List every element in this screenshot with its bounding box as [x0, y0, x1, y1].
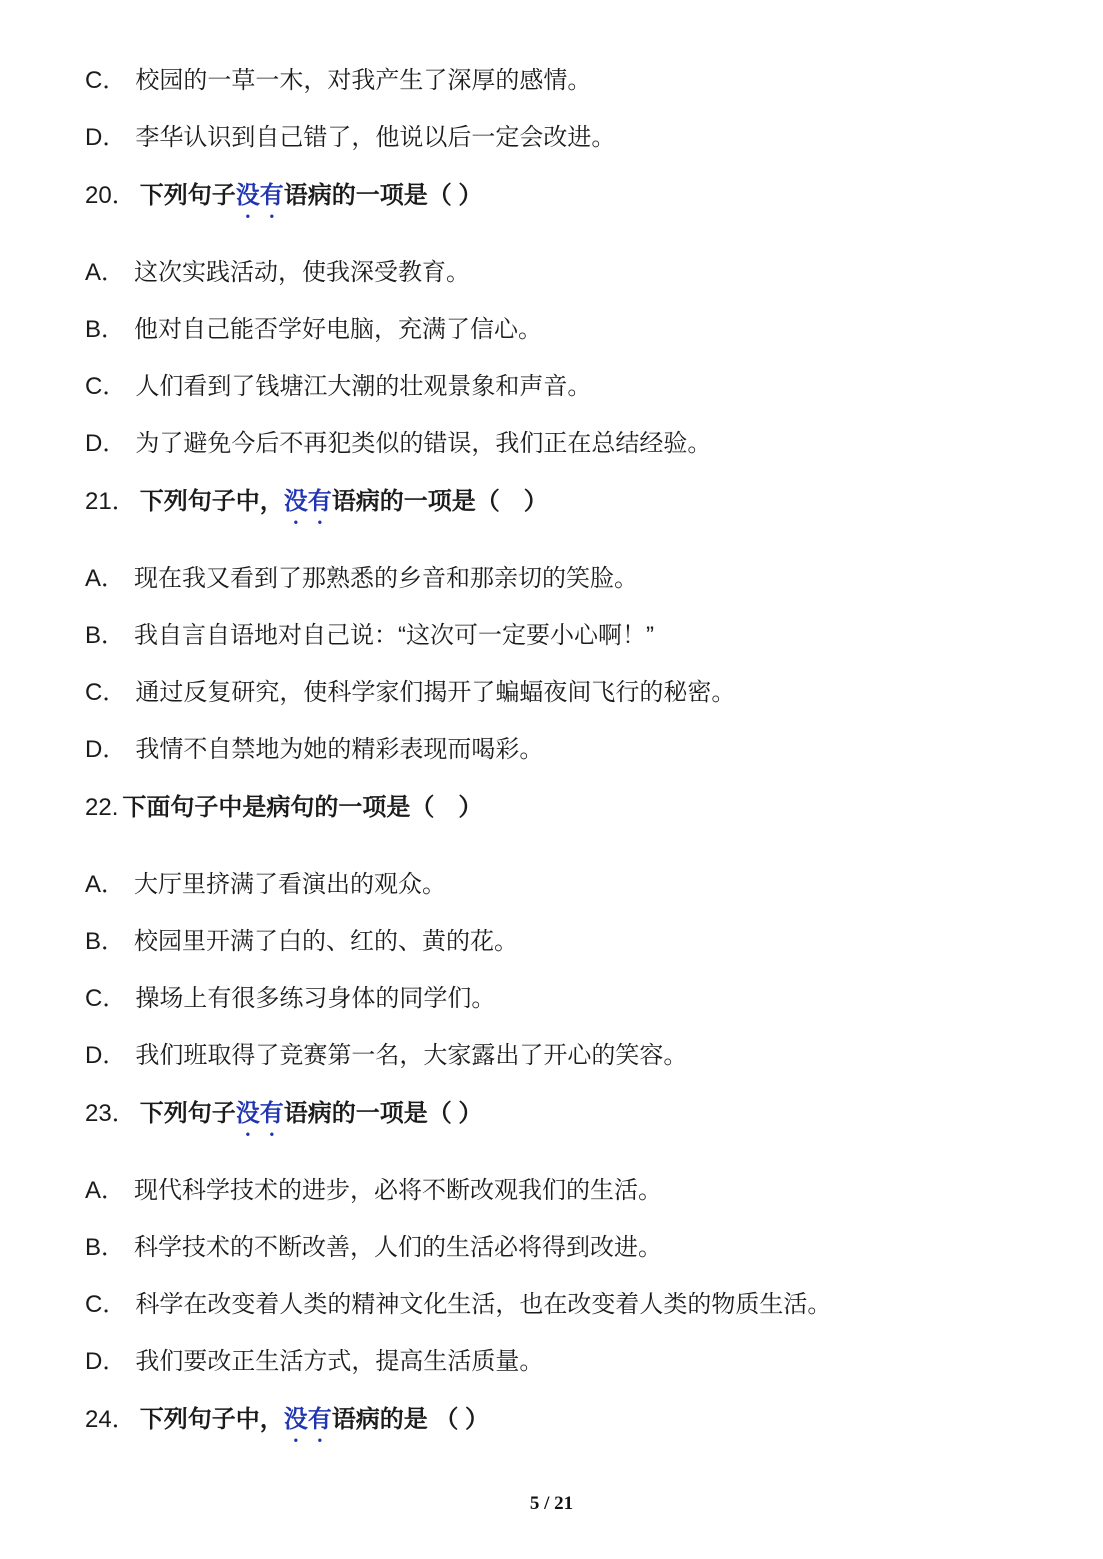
- heading-text: 语病的一项是（ ）: [284, 1100, 483, 1127]
- question-number: 24．: [85, 1406, 136, 1433]
- option-letter: A．: [85, 1177, 125, 1204]
- question-23-heading: 23．下列句子没有语病的一项是（ ）: [85, 1098, 1048, 1141]
- option-text: 他对自己能否学好电脑，充满了信心。: [134, 316, 542, 343]
- question-21-option-d: D．我情不自禁地为她的精彩表现而喝彩。: [85, 735, 1048, 765]
- option-letter: D．: [85, 736, 126, 763]
- question-number: 21．: [85, 488, 136, 515]
- heading-text: 下列句子中，: [140, 488, 284, 515]
- question-23-option-d: D．我们要改正生活方式，提高生活质量。: [85, 1347, 1048, 1377]
- question-20-heading: 20．下列句子没有语病的一项是（ ）: [85, 180, 1048, 223]
- option-text: 我自言自语地对自己说：“这次可一定要小心啊！”: [134, 622, 654, 649]
- option-text: 通过反复研究，使科学家们揭开了蝙蝠夜间飞行的秘密。: [135, 679, 735, 706]
- option-text: 校园里开满了白的、红的、黄的花。: [134, 928, 518, 955]
- question-24-heading: 24．下列句子中，没有语病的是 （ ）: [85, 1404, 1048, 1447]
- option-text: 现在我又看到了那熟悉的乡音和那亲切的笑脸。: [134, 565, 638, 592]
- option-text: 为了避免今后不再犯类似的错误，我们正在总结经验。: [135, 430, 711, 457]
- option-text: 这次实践活动，使我深受教育。: [134, 259, 470, 286]
- option-text: 现代科学技术的进步，必将不断改观我们的生活。: [134, 1177, 662, 1204]
- question-23-option-a: A．现代科学技术的进步，必将不断改观我们的生活。: [85, 1176, 1048, 1206]
- question-22-option-a: A．大厅里挤满了看演出的观众。: [85, 870, 1048, 900]
- heading-text: 语病的一项是（ ）: [284, 182, 483, 209]
- option-letter: D．: [85, 430, 126, 457]
- option-letter: C．: [85, 67, 126, 94]
- heading-emphasis-text: 没有: [236, 182, 284, 209]
- question-20-option-b: B．他对自己能否学好电脑，充满了信心。: [85, 315, 1048, 345]
- heading-emphasis-text: 没有: [284, 1406, 332, 1433]
- heading-text: 下列句子: [140, 1100, 236, 1127]
- option-text: 我情不自禁地为她的精彩表现而喝彩。: [135, 736, 543, 763]
- document-page: C．校园的一草一木，对我产生了深厚的感情。 D．李华认识到自己错了，他说以后一定…: [0, 0, 1103, 1559]
- option-letter: A．: [85, 259, 125, 286]
- option-text: 操场上有很多练习身体的同学们。: [135, 985, 495, 1012]
- option-text: 我们要改正生活方式，提高生活质量。: [135, 1348, 543, 1375]
- option-letter: C．: [85, 373, 126, 400]
- question-number: 23．: [85, 1100, 136, 1127]
- question-22-heading: 22.下面句子中是病句的一项是（ ）: [85, 792, 1048, 835]
- option-letter: C．: [85, 985, 126, 1012]
- question-19-option-c: C．校园的一草一木，对我产生了深厚的感情。: [85, 66, 1048, 96]
- heading-emphasis-text: 没有: [236, 1100, 284, 1127]
- question-20-option-d: D．为了避免今后不再犯类似的错误，我们正在总结经验。: [85, 429, 1048, 459]
- question-23-option-c: C．科学在改变着人类的精神文化生活，也在改变着人类的物质生活。: [85, 1290, 1048, 1320]
- option-text: 科学在改变着人类的精神文化生活，也在改变着人类的物质生活。: [135, 1291, 831, 1318]
- heading-emphasis-text: 没有: [284, 488, 332, 515]
- option-letter: B．: [85, 316, 125, 343]
- question-22-option-d: D．我们班取得了竞赛第一名，大家露出了开心的笑容。: [85, 1041, 1048, 1071]
- question-21-option-c: C．通过反复研究，使科学家们揭开了蝙蝠夜间飞行的秘密。: [85, 678, 1048, 708]
- question-number: 20．: [85, 182, 136, 209]
- question-22-option-c: C．操场上有很多练习身体的同学们。: [85, 984, 1048, 1014]
- heading-text: 下面句子中是病句的一项是（ ）: [122, 794, 482, 821]
- heading-text: 语病的一项是（ ）: [332, 488, 548, 515]
- question-21-option-b: B．我自言自语地对自己说：“这次可一定要小心啊！”: [85, 621, 1048, 651]
- option-text: 校园的一草一木，对我产生了深厚的感情。: [135, 67, 591, 94]
- question-22-option-b: B．校园里开满了白的、红的、黄的花。: [85, 927, 1048, 957]
- option-letter: D．: [85, 124, 126, 151]
- question-21-heading: 21．下列句子中，没有语病的一项是（ ）: [85, 486, 1048, 529]
- question-20-option-a: A．这次实践活动，使我深受教育。: [85, 258, 1048, 288]
- option-letter: C．: [85, 679, 126, 706]
- option-letter: B．: [85, 1234, 125, 1261]
- question-20-option-c: C．人们看到了钱塘江大潮的壮观景象和声音。: [85, 372, 1048, 402]
- option-letter: B．: [85, 622, 125, 649]
- option-letter: D．: [85, 1042, 126, 1069]
- heading-text: 下列句子中，: [140, 1406, 284, 1433]
- option-letter: A．: [85, 871, 125, 898]
- option-letter: D．: [85, 1348, 126, 1375]
- question-21-option-a: A．现在我又看到了那熟悉的乡音和那亲切的笑脸。: [85, 564, 1048, 594]
- heading-text: 语病的是 （ ）: [332, 1406, 489, 1433]
- option-text: 人们看到了钱塘江大潮的壮观景象和声音。: [135, 373, 591, 400]
- option-letter: C．: [85, 1291, 126, 1318]
- page-number: 5 / 21: [0, 1493, 1103, 1515]
- option-text: 我们班取得了竞赛第一名，大家露出了开心的笑容。: [135, 1042, 687, 1069]
- question-23-option-b: B．科学技术的不断改善，人们的生活必将得到改进。: [85, 1233, 1048, 1263]
- question-19-option-d: D．李华认识到自己错了，他说以后一定会改进。: [85, 123, 1048, 153]
- option-letter: B．: [85, 928, 125, 955]
- option-text: 大厅里挤满了看演出的观众。: [134, 871, 446, 898]
- heading-text: 下列句子: [140, 182, 236, 209]
- option-text: 李华认识到自己错了，他说以后一定会改进。: [135, 124, 615, 151]
- question-number: 22.: [85, 794, 118, 821]
- option-text: 科学技术的不断改善，人们的生活必将得到改进。: [134, 1234, 662, 1261]
- option-letter: A．: [85, 565, 125, 592]
